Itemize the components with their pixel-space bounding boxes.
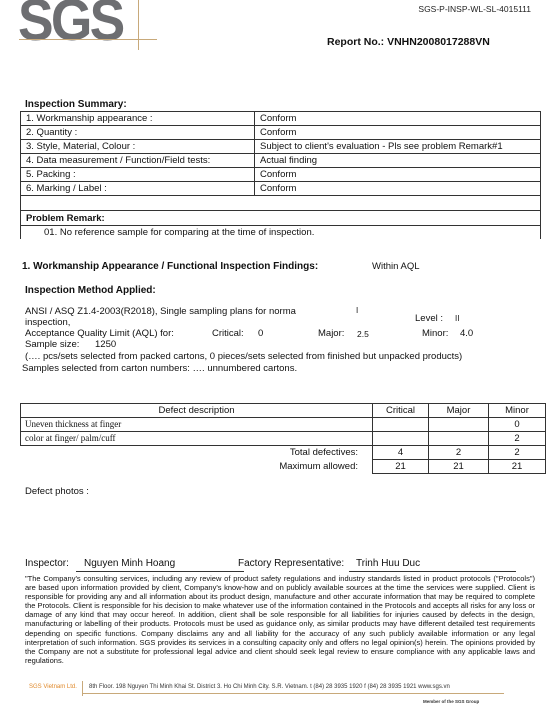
max-minor: 21 [489, 460, 546, 474]
summary-row: 1. Workmanship appearance : Conform [21, 112, 541, 126]
defect-minor: 2 [489, 432, 546, 446]
inspection-summary-table: 1. Workmanship appearance : Conform 2. Q… [20, 111, 541, 239]
summary-row: 3. Style, Material, Colour : Subject to … [21, 140, 541, 154]
pcs-selection-note: (…. pcs/sets selected from packed carton… [25, 351, 462, 362]
summary-label: 5. Packing : [21, 168, 255, 182]
summary-row: 2. Quantity : Conform [21, 126, 541, 140]
aql-major-label: Major: [318, 328, 344, 339]
footer-divider-horizontal [82, 693, 504, 694]
standard-text-line2: inspection, [25, 317, 70, 328]
header-minor: Minor [489, 404, 546, 418]
header-defect-description: Defect description [21, 404, 373, 418]
legal-disclaimer: "The Company's consulting services, incl… [25, 574, 535, 665]
logo-horizontal-rule [19, 39, 157, 40]
sample-size-label: Sample size: [25, 339, 79, 350]
aql-label: Acceptance Quality Limit (AQL) for: [25, 328, 174, 339]
defect-major [429, 418, 489, 432]
summary-value: Conform [255, 182, 541, 196]
summary-value: Conform [255, 112, 541, 126]
max-critical: 21 [373, 460, 429, 474]
summary-row: 6. Marking / Label : Conform [21, 182, 541, 196]
document-code: SGS-P-INSP-WL-SL-4015111 [418, 4, 531, 14]
maximum-allowed-label: Maximum allowed: [21, 460, 373, 474]
inspector-name: Nguyen Minh Hoang [76, 558, 244, 572]
logo-vertical-rule [138, 0, 139, 50]
footer-address: 8th Floor. 198 Nguyen Thi Minh Khai St. … [89, 684, 450, 690]
problem-remark-header-row: Problem Remark: [21, 211, 541, 226]
aql-critical-label: Critical: [212, 328, 244, 339]
total-defectives-label: Total defectives: [21, 446, 373, 460]
problem-remark-title: Problem Remark: [21, 211, 541, 226]
factory-representative-name: Trinh Huu Duc [349, 558, 516, 572]
maximum-allowed-row: Maximum allowed: 21 21 21 [21, 460, 546, 474]
defect-minor: 0 [489, 418, 546, 432]
defect-description: color at finger/ palm/cuff [21, 432, 373, 446]
defect-row: Uneven thickness at finger 0 [21, 418, 546, 432]
inspection-level-mark: I [356, 306, 358, 315]
sgs-logo: SGS [18, 0, 136, 48]
sample-size-value: 1250 [95, 339, 116, 350]
footer-member-note: Member of the SGS Group [423, 699, 479, 704]
summary-row: 5. Packing : Conform [21, 168, 541, 182]
inspection-method-title: Inspection Method Applied: [25, 285, 156, 296]
summary-value: Conform [255, 126, 541, 140]
summary-label: 3. Style, Material, Colour : [21, 140, 255, 154]
level-label: Level : [415, 313, 443, 324]
max-major: 21 [429, 460, 489, 474]
aql-critical-value: 0 [258, 328, 263, 339]
summary-value: Conform [255, 168, 541, 182]
summary-row: 4. Data measurement / Function/Field tes… [21, 154, 541, 168]
aql-minor-label: Minor: [422, 328, 448, 339]
summary-blank-row [21, 196, 541, 211]
defect-critical [373, 418, 429, 432]
defect-row: color at finger/ palm/cuff 2 [21, 432, 546, 446]
defect-description: Uneven thickness at finger [21, 418, 373, 432]
aql-major-value: 2.5 [357, 329, 369, 339]
carton-selection-note: Samples selected from carton numbers: ….… [22, 363, 297, 374]
aql-minor-value: 4.0 [460, 328, 473, 339]
findings-result: Within AQL [372, 261, 420, 272]
problem-remark-text: 01. No reference sample for comparing at… [21, 226, 541, 240]
header-major: Major [429, 404, 489, 418]
defect-critical [373, 432, 429, 446]
total-major: 2 [429, 446, 489, 460]
total-defectives-row: Total defectives: 4 2 2 [21, 446, 546, 460]
logo-text: SGS [18, 0, 122, 48]
total-critical: 4 [373, 446, 429, 460]
inspection-summary-title: Inspection Summary: [25, 99, 127, 110]
summary-label: 4. Data measurement / Function/Field tes… [21, 154, 255, 168]
level-value: II [455, 314, 459, 323]
total-minor: 2 [489, 446, 546, 460]
inspector-label: Inspector: [25, 558, 69, 569]
summary-value: Actual finding [255, 154, 541, 168]
findings-title: 1. Workmanship Appearance / Functional I… [22, 261, 318, 272]
standard-text-line1: ANSI / ASQ Z1.4-2003(R2018), Single samp… [25, 306, 296, 317]
problem-remark-row: 01. No reference sample for comparing at… [21, 226, 541, 240]
defect-table: Defect description Critical Major Minor … [20, 403, 546, 474]
factory-representative-label: Factory Representative: [238, 558, 344, 569]
summary-value: Subject to client's evaluation - Pls see… [255, 140, 541, 154]
summary-label: 6. Marking / Label : [21, 182, 255, 196]
report-number: Report No.: VNHN2008017288VN [327, 36, 490, 48]
defect-major [429, 432, 489, 446]
header-critical: Critical [373, 404, 429, 418]
footer-company-name: SGS Vietnam Ltd. [29, 684, 77, 690]
summary-label: 1. Workmanship appearance : [21, 112, 255, 126]
defect-photos-label: Defect photos : [25, 486, 89, 497]
defect-table-header: Defect description Critical Major Minor [21, 404, 546, 418]
summary-label: 2. Quantity : [21, 126, 255, 140]
